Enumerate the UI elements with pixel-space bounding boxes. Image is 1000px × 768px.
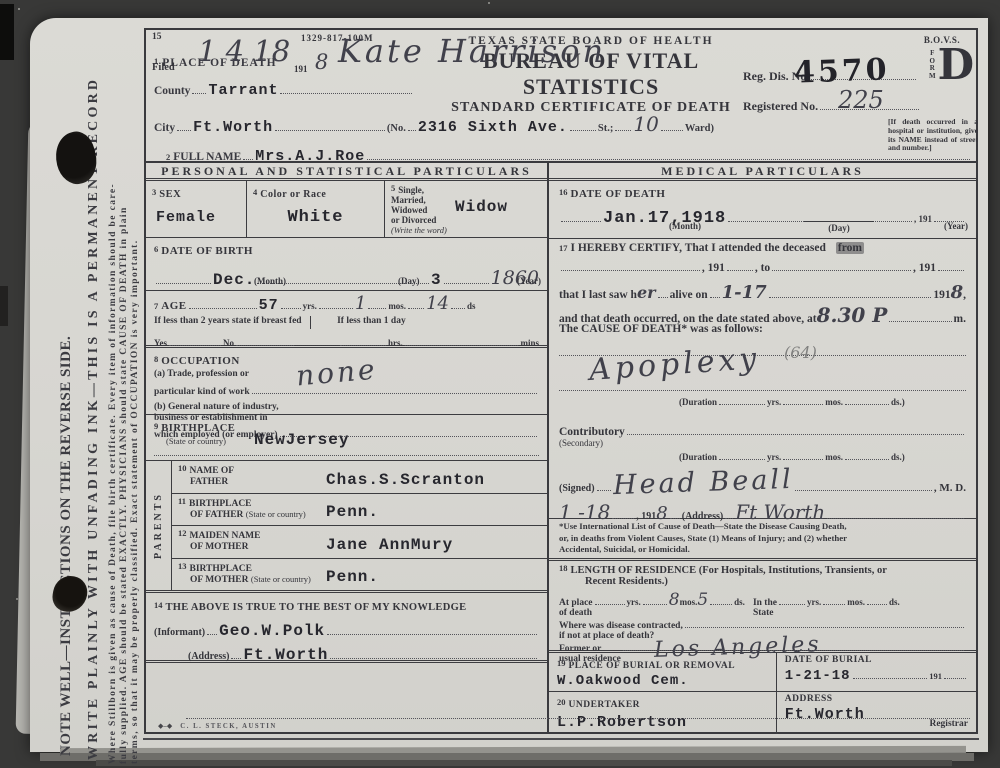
margin-note-reverse-side: NOTE WELL—INSTRUCTIONS ON THE REVERSE SI… xyxy=(58,336,75,756)
scan-edge-mark xyxy=(0,286,8,326)
page-stack-edge xyxy=(96,760,952,766)
margin-instructions-line1: Where Stillborn is given as cause of Dea… xyxy=(108,183,119,764)
certificate-paper xyxy=(30,18,988,752)
scanned-death-certificate: { "colors": { "paper": "#d7d6d1", "ink":… xyxy=(0,0,1000,768)
scan-edge-mark xyxy=(0,4,14,60)
margin-instructions-line2: fully supplied. AGE should be stated EXA… xyxy=(119,183,130,764)
margin-instructions: Where Stillborn is given as cause of Dea… xyxy=(108,183,141,764)
margin-instructions-line3: terms, so that it may be properly classi… xyxy=(130,183,141,764)
scanner-dust xyxy=(18,8,20,10)
